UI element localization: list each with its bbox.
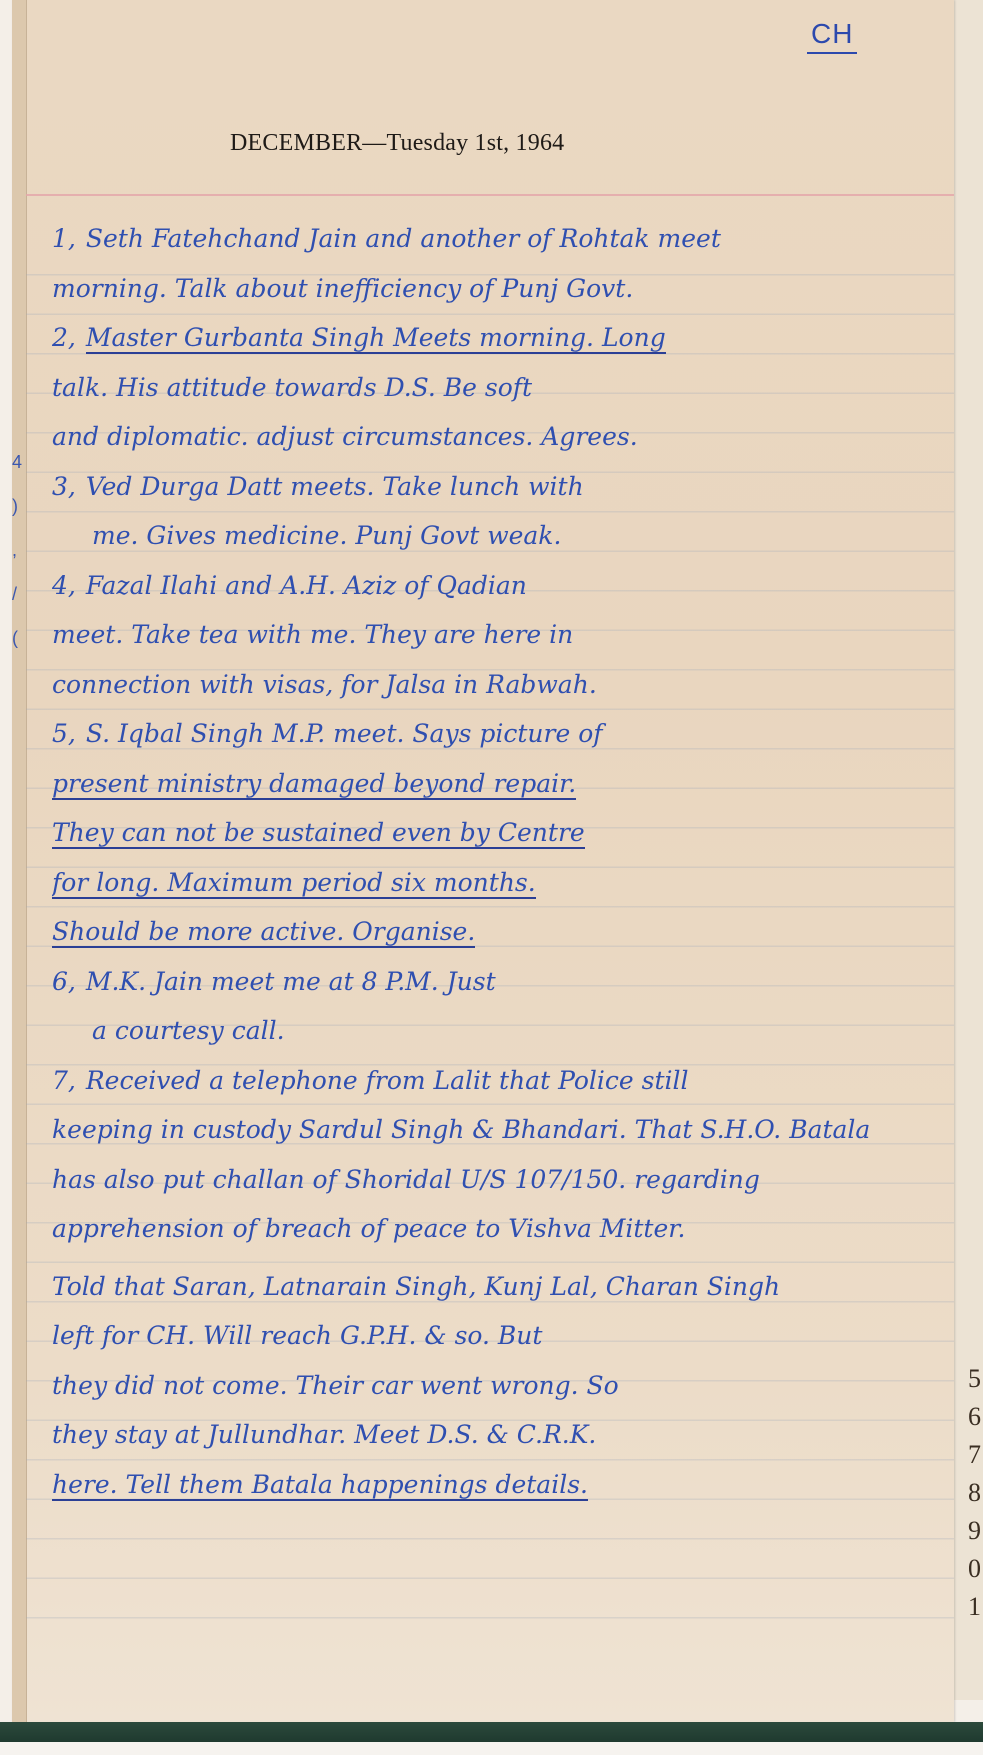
entry-line: apprehension of breach of peace to Vishv… (52, 1204, 942, 1254)
entry-2: 2,Master Gurbanta Singh Meets morning. L… (52, 313, 942, 462)
entry-5: 5,S. Iqbal Singh M.P. meet. Says picture… (52, 709, 942, 957)
edge-digit: 9 (955, 1512, 981, 1550)
entry-line: me. Gives medicine. Punj Govt weak. (52, 511, 942, 561)
entry-7: 7,Received a telephone from Lalit that P… (52, 1056, 942, 1254)
stub-ink-marks: 4),/( (12, 440, 26, 660)
entry-line: 4,Fazal Ilahi and A.H. Aziz of Qadian (52, 561, 942, 611)
edge-digit: 0 (955, 1550, 981, 1588)
entry-line: and diplomatic. adjust circumstances. Ag… (52, 412, 942, 462)
date-heading: DECEMBER—Tuesday 1st, 1964 (230, 130, 564, 157)
ink-bleed-through (82, 1560, 902, 1620)
entry-line: 7,Received a telephone from Lalit that P… (52, 1056, 942, 1106)
entry-line: a courtesy call. (52, 1006, 942, 1056)
entry-line: for long. Maximum period six months. (52, 858, 942, 908)
entry-line: here. Tell them Batala happenings detail… (52, 1460, 942, 1510)
entry-line: 2,Master Gurbanta Singh Meets morning. L… (52, 313, 942, 363)
entry-line: 1,Seth Fatehchand Jain and another of Ro… (52, 214, 942, 264)
edge-digit: 8 (955, 1474, 981, 1512)
edge-digit: 1 (955, 1588, 981, 1626)
scanned-diary-page: 5 6 7 8 9 0 1 4),/( CH DECEMBER—Tuesday … (0, 0, 983, 1755)
underlying-page-edge: 5 6 7 8 9 0 1 (952, 0, 983, 1700)
entry-4: 4,Fazal Ilahi and A.H. Aziz of Qadian me… (52, 561, 942, 710)
entry-line: connection with visas, for Jalsa in Rabw… (52, 660, 942, 710)
entry-8: Told that Saran, Latnarain Singh, Kunj L… (52, 1262, 942, 1510)
edge-digit: 7 (955, 1436, 981, 1474)
underlying-page-digits: 5 6 7 8 9 0 1 (955, 1360, 981, 1626)
entry-line: they stay at Jullundhar. Meet D.S. & C.R… (52, 1410, 942, 1460)
entry-line: They can not be sustained even by Centre (52, 808, 942, 858)
entry-6: 6,M.K. Jain meet me at 8 P.M. Just a cou… (52, 957, 942, 1056)
entry-1: 1,Seth Fatehchand Jain and another of Ro… (52, 214, 942, 313)
entry-line: talk. His attitude towards D.S. Be soft (52, 363, 942, 413)
entry-line: has also put challan of Shoridal U/S 107… (52, 1155, 942, 1205)
entry-line: Told that Saran, Latnarain Singh, Kunj L… (52, 1262, 942, 1312)
entry-line: morning. Talk about inefficiency of Punj… (52, 264, 942, 314)
header-rule-line (26, 194, 954, 196)
entry-line: they did not come. Their car went wrong.… (52, 1361, 942, 1411)
diary-entries: 1,Seth Fatehchand Jain and another of Ro… (52, 214, 942, 1509)
entry-line: 5,S. Iqbal Singh M.P. meet. Says picture… (52, 709, 942, 759)
binding-stub: 4),/( (12, 0, 27, 1722)
entry-3: 3,Ved Durga Datt meets. Take lunch with … (52, 462, 942, 561)
corner-tag: CH (807, 18, 857, 54)
entry-line: meet. Take tea with me. They are here in (52, 610, 942, 660)
entry-line: present ministry damaged beyond repair. (52, 759, 942, 809)
entry-line: left for CH. Will reach G.P.H. & so. But (52, 1311, 942, 1361)
edge-digit: 6 (955, 1398, 981, 1436)
book-cover-edge (0, 1722, 983, 1755)
entry-line: 3,Ved Durga Datt meets. Take lunch with (52, 462, 942, 512)
entry-line: keeping in custody Sardul Singh & Bhanda… (52, 1105, 942, 1155)
diary-page: 4),/( CH DECEMBER—Tuesday 1st, 1964 1,Se… (12, 0, 954, 1722)
entry-line: Should be more active. Organise. (52, 907, 942, 957)
entry-line: 6,M.K. Jain meet me at 8 P.M. Just (52, 957, 942, 1007)
edge-digit: 5 (955, 1360, 981, 1398)
